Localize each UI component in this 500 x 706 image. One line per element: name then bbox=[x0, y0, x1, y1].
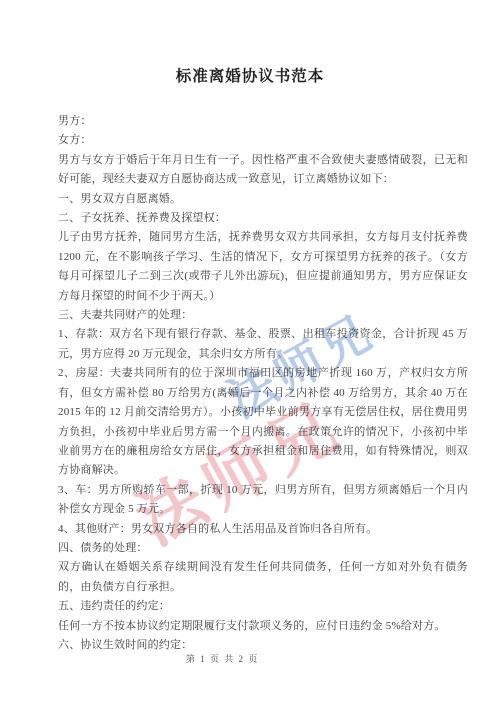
clause-5-heading: 五、违约责任的约定： bbox=[58, 597, 468, 616]
clause-3-item-4: 4、其他财产：男女双方各自的私人生活用品及首饰归各自所有。 bbox=[58, 520, 468, 539]
clause-3-heading: 三、夫妻共同财产的处理： bbox=[58, 306, 468, 325]
clause-3-item-3: 3、车：男方所购轿车一部，折现 10 万元，归男方所有，但男方须离婚后一个月内补… bbox=[58, 481, 468, 520]
page-title: 标准离婚协议书范本 bbox=[0, 64, 500, 86]
clause-5-body: 任何一方不按本协议约定期限履行支付款项义务的，应付日违约金 5%给对方。 bbox=[58, 617, 468, 636]
clause-4-body: 双方确认在婚姻关系存续期间没有发生任何共同债务，任何一方如对外负有债务的，由负债… bbox=[58, 558, 468, 597]
page-number: 第 1 页 共 2 页 bbox=[186, 652, 259, 665]
clause-3-item-1: 1、存款：双方名下现有银行存款、基金、股票、出租车投资资金，合计折现 45 万元… bbox=[58, 325, 468, 364]
para-preamble: 男方与女方于婚后于年月日生有一子。因性格严重不合致使夫妻感情破裂，已无和好可能，… bbox=[58, 151, 468, 190]
document-page: 法师兄 法师兄 标准离婚协议书范本 男方： 女方： 男方与女方于婚后于年月日生有… bbox=[0, 0, 500, 706]
line-party-female: 女方： bbox=[58, 131, 468, 150]
clause-1: 一、男女双方自愿离婚。 bbox=[58, 190, 468, 209]
clause-3-item-2: 2、房屋：夫妻共同所有的位于深圳市福田区的房地产折现 160 万，产权归女方所有… bbox=[58, 364, 468, 480]
clause-4-heading: 四、债务的处理： bbox=[58, 539, 468, 558]
line-party-male: 男方： bbox=[58, 112, 468, 131]
clause-2-body: 儿子由男方抚养，随同男方生活，抚养费男女双方共同承担，女方每月支付抚养费 120… bbox=[58, 228, 468, 306]
clause-6-heading: 六、协议生效时间的约定： bbox=[58, 636, 468, 655]
clause-2-heading: 二、子女抚养、抚养费及探望权： bbox=[58, 209, 468, 228]
document-body: 男方： 女方： 男方与女方于婚后于年月日生有一子。因性格严重不合致使夫妻感情破裂… bbox=[58, 112, 468, 655]
